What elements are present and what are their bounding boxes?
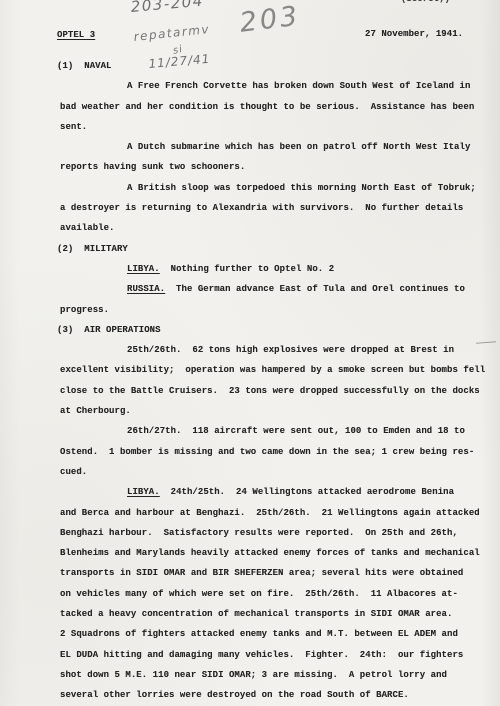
- text-line: available.: [0, 218, 500, 238]
- text-line: at Cherbourg.: [0, 401, 500, 421]
- text-segment: A Dutch submarine which has been on patr…: [127, 142, 470, 152]
- text-segment: A Free French Corvette has broken down S…: [127, 81, 470, 91]
- text-segment: Ostend. 1 bomber is missing and two came…: [60, 447, 474, 457]
- pencil-page-number: 203: [238, 1, 302, 39]
- text-line: shot down 5 M.E. 110 near SIDI OMAR; 3 a…: [0, 665, 500, 685]
- text-line: excellent visibility; operation was hamp…: [0, 360, 500, 380]
- text-line: Benghazi harbour. Satisfactory results w…: [0, 523, 500, 543]
- text-segment: bad weather and her condition is thought…: [60, 102, 474, 112]
- text-segment: close to the Battle Cruisers. 23 tons we…: [60, 386, 480, 396]
- text-line: LIBYA. Nothing further to Optel No. 2: [0, 259, 500, 279]
- section-heading-line: (3) AIR OPERATIONS: [0, 320, 500, 340]
- text-segment: a destroyer is returning to Alexandria w…: [60, 203, 463, 213]
- text-line: cued.: [0, 462, 500, 482]
- text-segment: EL DUDA hitting and damaging many vehicl…: [60, 650, 463, 660]
- doc-date: 27 November, 1941.: [365, 29, 463, 39]
- text-segment: shot down 5 M.E. 110 near SIDI OMAR; 3 a…: [60, 670, 447, 680]
- section-heading-line: (2) MILITARY: [0, 239, 500, 259]
- text-line: transports in SIDI OMAR and BIR SHEFERZE…: [0, 563, 500, 583]
- document-page: (Secret;) 203-204 203 repatarmv si 11/27…: [0, 0, 500, 706]
- text-line: LIBYA. 24th/25th. 24 Wellingtons attacke…: [0, 482, 500, 502]
- text-segment: A British sloop was torpedoed this morni…: [127, 183, 476, 193]
- text-segment: at Cherbourg.: [60, 406, 131, 416]
- text-segment: available.: [60, 223, 115, 233]
- header-clipped-text: (Secret;): [401, 0, 450, 4]
- text-line: 26th/27th. 118 aircraft were sent out, 1…: [0, 421, 500, 441]
- text-segment: (3) AIR OPERATIONS: [57, 325, 161, 335]
- text-line: A Dutch submarine which has been on patr…: [0, 137, 500, 157]
- text-line: close to the Battle Cruisers. 23 tons we…: [0, 381, 500, 401]
- text-segment: Blenheims and Marylands heavily attacked…: [60, 548, 480, 558]
- pencil-page-range: 203-204: [130, 0, 204, 16]
- text-line: a destroyer is returning to Alexandria w…: [0, 198, 500, 218]
- text-line: on vehicles many of which were set on fi…: [0, 584, 500, 604]
- text-line: Ostend. 1 bomber is missing and two came…: [0, 442, 500, 462]
- text-segment: several other lorries were destroyed on …: [60, 690, 409, 700]
- text-line: 25th/26th. 62 tons high explosives were …: [0, 340, 500, 360]
- document-body: (1) NAVALA Free French Corvette has brok…: [0, 56, 500, 706]
- text-segment: Nothing further to Optel No. 2: [160, 264, 334, 274]
- text-segment: 24th/25th. 24 Wellingtons attacked aerod…: [160, 487, 454, 497]
- text-segment: 26th/27th. 118 aircraft were sent out, 1…: [127, 426, 465, 436]
- text-segment: transports in SIDI OMAR and BIR SHEFERZE…: [60, 568, 463, 578]
- text-segment: and Berca and harbour at Benghazi. 25th/…: [60, 508, 480, 518]
- text-segment: 2 Squadrons of fighters attacked enemy t…: [60, 629, 458, 639]
- text-segment: excellent visibility; operation was hamp…: [60, 365, 485, 375]
- text-line: sent.: [0, 117, 500, 137]
- text-line: bad weather and her condition is thought…: [0, 97, 500, 117]
- text-segment: The German advance East of Tula and Orel…: [165, 284, 465, 294]
- pencil-note-line1: repatarmv: [133, 22, 211, 44]
- text-line: Blenheims and Marylands heavily attacked…: [0, 543, 500, 563]
- text-line: tacked a heavy concentration of mechanic…: [0, 604, 500, 624]
- text-line: progress.: [0, 300, 500, 320]
- text-segment: reports having sunk two schooners.: [60, 162, 245, 172]
- text-segment: Benghazi harbour. Satisfactory results w…: [60, 528, 458, 538]
- text-segment: tacked a heavy concentration of mechanic…: [60, 609, 452, 619]
- text-segment: (2) MILITARY: [57, 244, 128, 254]
- text-segment: sent.: [60, 122, 87, 132]
- text-line: and Berca and harbour at Benghazi. 25th/…: [0, 503, 500, 523]
- underlined-label: LIBYA.: [127, 487, 160, 497]
- text-line: several other lorries were destroyed on …: [0, 685, 500, 705]
- text-segment: on vehicles many of which were set on fi…: [60, 589, 458, 599]
- section-heading-line: (1) NAVAL: [0, 56, 500, 76]
- text-line: A Free French Corvette has broken down S…: [0, 76, 500, 96]
- doc-title: OPTEL 3: [57, 30, 95, 40]
- text-segment: progress.: [60, 305, 109, 315]
- text-segment: (1) NAVAL: [57, 61, 112, 71]
- text-segment: cued.: [60, 467, 87, 477]
- text-line: reports having sunk two schooners.: [0, 157, 500, 177]
- underlined-label: RUSSIA.: [127, 284, 165, 294]
- text-line: EL DUDA hitting and damaging many vehicl…: [0, 645, 500, 665]
- underlined-label: LIBYA.: [127, 264, 160, 274]
- text-line: RUSSIA. The German advance East of Tula …: [0, 279, 500, 299]
- text-line: 2 Squadrons of fighters attacked enemy t…: [0, 624, 500, 644]
- text-segment: 25th/26th. 62 tons high explosives were …: [127, 345, 454, 355]
- text-line: A British sloop was torpedoed this morni…: [0, 178, 500, 198]
